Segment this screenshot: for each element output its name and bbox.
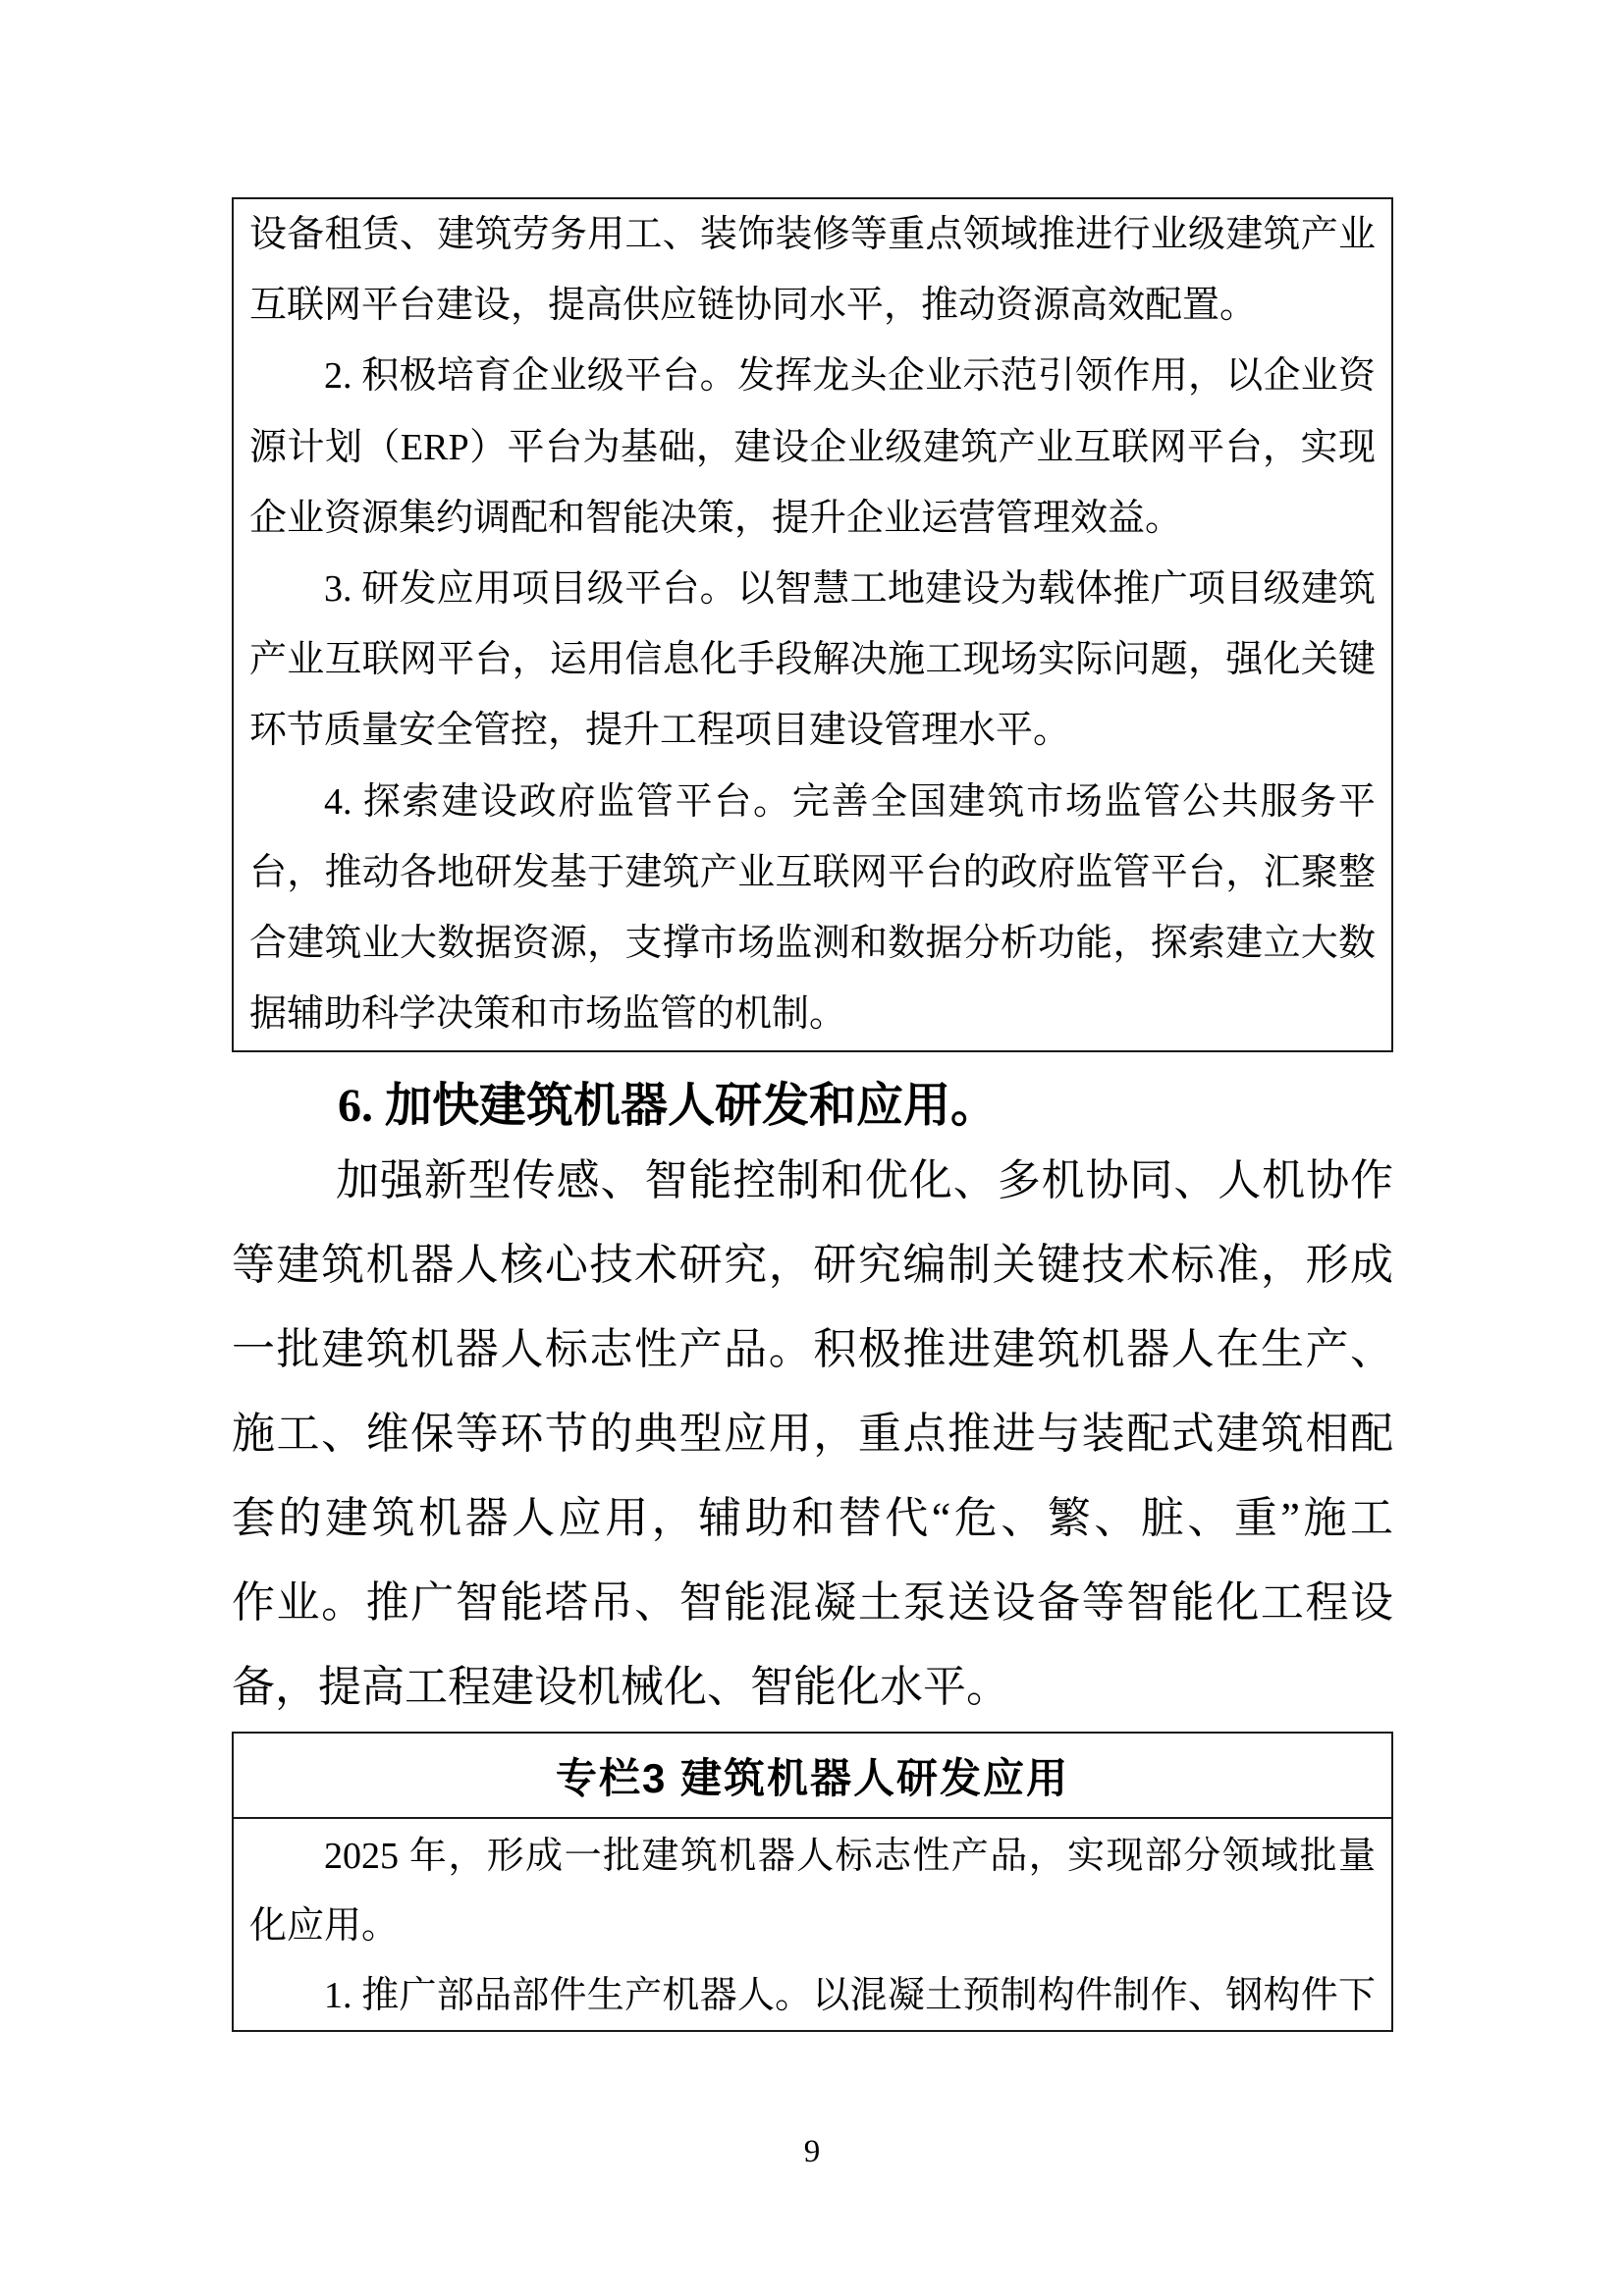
text-line: 环节质量安全管控，提升工程项目建设管理水平。 (249, 695, 1376, 766)
text-line: 1. 推广部品部件生产机器人。以混凝土预制构件制作、钢构件下 (249, 1961, 1376, 2031)
page-number: 9 (0, 2132, 1624, 2171)
text-line: 企业资源集约调配和智能决策，提升企业运营管理效益。 (249, 483, 1376, 554)
section-heading: 6. 加快建筑机器人研发和应用。 (232, 1062, 1393, 1150)
text-line: 3. 研发应用项目级平台。以智慧工地建设为载体推广项目级建筑 (249, 554, 1376, 624)
text-line: 一批建筑机器人标志性产品。积极推进建筑机器人在生产、 (232, 1308, 1393, 1392)
text-line: 源计划（ERP）平台为基础，建设企业级建筑产业互联网平台，实现 (249, 412, 1376, 483)
text-line: 套的建筑机器人应用，辅助和替代“危、繁、脏、重”施工 (232, 1476, 1393, 1561)
document-page: 设备租赁、建筑劳务用工、装饰装修等重点领域推进行业级建筑产业互联网平台建设，提高… (0, 0, 1624, 2296)
robots-column-box: 专栏3 建筑机器人研发应用 2025 年，形成一批建筑机器人标志性产品，实现部分… (232, 1732, 1393, 2032)
text-line: 台，推动各地研发基于建筑产业互联网平台的政府监管平台，汇聚整 (249, 837, 1376, 908)
text-line: 等建筑机器人核心技术研究，研究编制关键技术标准，形成 (232, 1223, 1393, 1308)
text-line: 施工、维保等环节的典型应用，重点推进与装配式建筑相配 (232, 1392, 1393, 1476)
text-line: 合建筑业大数据资源，支撑市场监测和数据分析功能，探索建立大数 (249, 908, 1376, 979)
robots-box-title: 专栏3 建筑机器人研发应用 (234, 1734, 1391, 1819)
text-line: 产业互联网平台，运用信息化手段解决施工现场实际问题，强化关键 (249, 624, 1376, 695)
text-line: 设备租赁、建筑劳务用工、装饰装修等重点领域推进行业级建筑产业 (249, 199, 1376, 270)
text-line: 化应用。 (249, 1892, 1376, 1961)
body-paragraph: 加强新型传感、智能控制和优化、多机协同、人机协作等建筑机器人核心技术研究，研究编… (232, 1139, 1393, 1730)
text-line: 2. 积极培育企业级平台。发挥龙头企业示范引领作用，以企业资 (249, 341, 1376, 411)
text-line: 互联网平台建设，提高供应链协同水平，推动资源高效配置。 (249, 270, 1376, 341)
robots-box-body: 2025 年，形成一批建筑机器人标志性产品，实现部分领域批量化应用。1. 推广部… (234, 1819, 1391, 2031)
platforms-column-box: 设备租赁、建筑劳务用工、装饰装修等重点领域推进行业级建筑产业互联网平台建设，提高… (232, 197, 1393, 1052)
text-line: 备，提高工程建设机械化、智能化水平。 (232, 1645, 1393, 1730)
text-line: 加强新型传感、智能控制和优化、多机协同、人机协作 (232, 1139, 1393, 1223)
text-line: 作业。推广智能塔吊、智能混凝土泵送设备等智能化工程设 (232, 1561, 1393, 1645)
text-line: 据辅助科学决策和市场监管的机制。 (249, 979, 1376, 1049)
text-line: 4. 探索建设政府监管平台。完善全国建筑市场监管公共服务平 (249, 767, 1376, 837)
text-line: 2025 年，形成一批建筑机器人标志性产品，实现部分领域批量 (249, 1822, 1376, 1892)
